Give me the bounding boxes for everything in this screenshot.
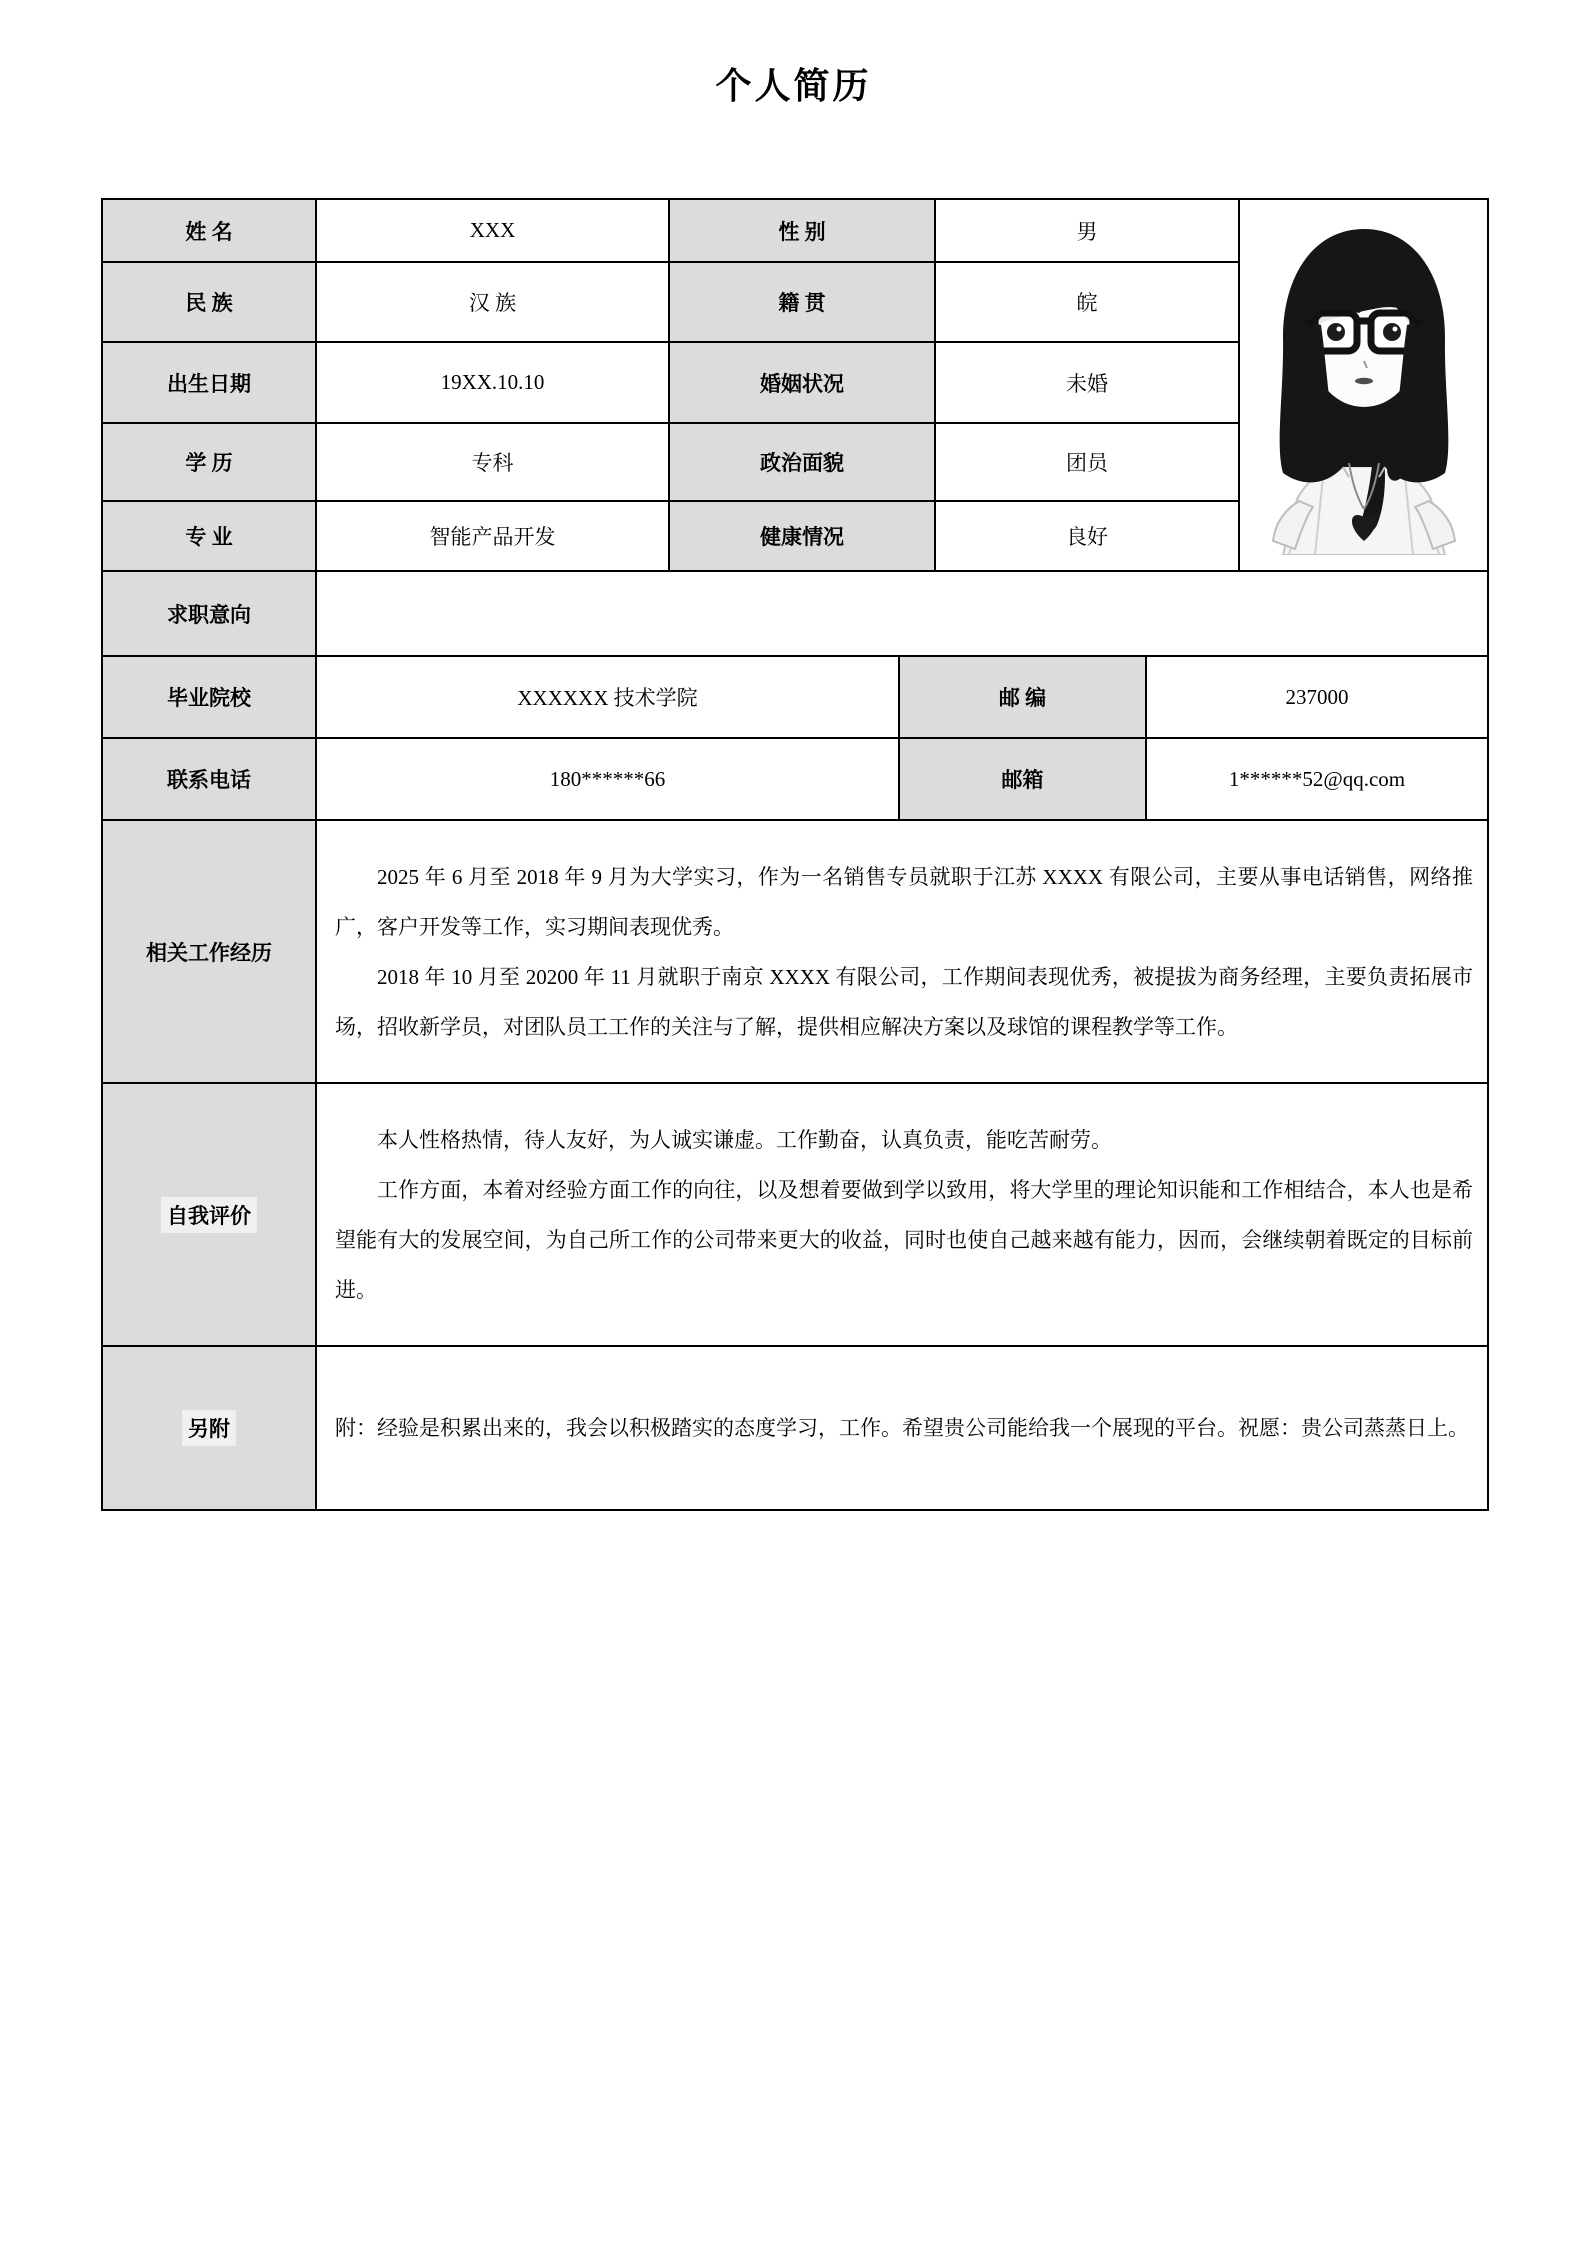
field-value-name: XXX (317, 200, 670, 261)
field-label-birthdate: 出生日期 (103, 343, 317, 422)
self-evaluation-label-text: 自我评价 (161, 1197, 257, 1233)
work-experience-paragraph: 2018 年 10 月至 20200 年 11 月就职于南京 XXXX 有限公司… (335, 952, 1473, 1052)
self-evaluation-paragraph: 本人性格热情，待人友好，为人诚实谦虚。工作勤奋，认真负责，能吃苦耐劳。 (335, 1115, 1473, 1165)
work-experience-paragraph: 2025 年 6 月至 2018 年 9 月为大学实习，作为一名销售专员就职于江… (335, 852, 1473, 952)
table-row: 姓 名 XXX 性 别 男 (103, 200, 1238, 263)
table-row: 专 业 智能产品开发 健康情况 良好 (103, 502, 1238, 570)
work-experience-text: 2025 年 6 月至 2018 年 9 月为大学实习，作为一名销售专员就职于江… (317, 821, 1487, 1082)
field-label-postcode: 邮 编 (900, 657, 1147, 737)
field-label-political-status: 政治面貌 (670, 424, 936, 500)
resume-table: 姓 名 XXX 性 别 男 民 族 汉 族 籍 贯 皖 出生日期 19XX.10… (101, 198, 1489, 1511)
field-label-marital-status: 婚姻状况 (670, 343, 936, 422)
table-row: 学 历 专科 政治面貌 团员 (103, 424, 1238, 502)
field-label-attachment: 另附 (103, 1347, 317, 1509)
applicant-photo (1238, 200, 1487, 570)
field-label-name: 姓 名 (103, 200, 317, 261)
field-value-major: 智能产品开发 (317, 502, 670, 570)
table-row-work-experience: 相关工作经历 2025 年 6 月至 2018 年 9 月为大学实习，作为一名销… (103, 821, 1487, 1084)
field-value-health: 良好 (936, 502, 1238, 570)
field-label-work-experience: 相关工作经历 (103, 821, 317, 1082)
table-row: 毕业院校 XXXXXX 技术学院 邮 编 237000 (103, 657, 1487, 739)
table-row-attachment: 另附 附：经验是积累出来的，我会以积极踏实的态度学习，工作。希望贵公司能给我一个… (103, 1347, 1487, 1509)
field-label-job-intention: 求职意向 (103, 572, 317, 655)
attachment-text: 附：经验是积累出来的，我会以积极踏实的态度学习，工作。希望贵公司能给我一个展现的… (317, 1347, 1487, 1509)
field-value-marital-status: 未婚 (936, 343, 1238, 422)
field-value-birthdate: 19XX.10.10 (317, 343, 670, 422)
field-value-phone: 180******66 (317, 739, 900, 819)
field-label-gender: 性 别 (670, 200, 936, 261)
field-value-ethnicity: 汉 族 (317, 263, 670, 341)
table-row: 联系电话 180******66 邮箱 1******52@qq.com (103, 739, 1487, 821)
field-label-school: 毕业院校 (103, 657, 317, 737)
field-value-education: 专科 (317, 424, 670, 500)
table-row-job-intention: 求职意向 (103, 572, 1487, 657)
field-value-email: 1******52@qq.com (1147, 739, 1487, 819)
work-experience-label-text: 相关工作经历 (146, 937, 272, 967)
basic-info-rows: 姓 名 XXX 性 别 男 民 族 汉 族 籍 贯 皖 出生日期 19XX.10… (103, 200, 1238, 570)
field-label-ethnicity: 民 族 (103, 263, 317, 341)
field-label-self-evaluation: 自我评价 (103, 1084, 317, 1345)
table-row: 民 族 汉 族 籍 贯 皖 (103, 263, 1238, 343)
field-value-political-status: 团员 (936, 424, 1238, 500)
field-value-gender: 男 (936, 200, 1238, 261)
field-label-phone: 联系电话 (103, 739, 317, 819)
field-value-native-place: 皖 (936, 263, 1238, 341)
page-title: 个人简历 (0, 0, 1587, 109)
field-label-major: 专 业 (103, 502, 317, 570)
table-row-self-evaluation: 自我评价 本人性格热情，待人友好，为人诚实谦虚。工作勤奋，认真负责，能吃苦耐劳。… (103, 1084, 1487, 1347)
self-evaluation-paragraph: 工作方面，本着对经验方面工作的向往，以及想着要做到学以致用，将大学里的理论知识能… (335, 1165, 1473, 1315)
table-row: 出生日期 19XX.10.10 婚姻状况 未婚 (103, 343, 1238, 424)
attachment-label-text: 另附 (182, 1410, 236, 1446)
girl-portrait-illustration (1255, 215, 1473, 555)
self-evaluation-text: 本人性格热情，待人友好，为人诚实谦虚。工作勤奋，认真负责，能吃苦耐劳。 工作方面… (317, 1084, 1487, 1345)
field-label-native-place: 籍 贯 (670, 263, 936, 341)
field-label-education: 学 历 (103, 424, 317, 500)
field-value-school: XXXXXX 技术学院 (317, 657, 900, 737)
field-value-postcode: 237000 (1147, 657, 1487, 737)
attachment-paragraph: 附：经验是积累出来的，我会以积极踏实的态度学习，工作。希望贵公司能给我一个展现的… (335, 1403, 1473, 1453)
field-value-job-intention (317, 572, 1487, 655)
field-label-health: 健康情况 (670, 502, 936, 570)
field-label-email: 邮箱 (900, 739, 1147, 819)
basic-info-block: 姓 名 XXX 性 别 男 民 族 汉 族 籍 贯 皖 出生日期 19XX.10… (103, 200, 1487, 572)
